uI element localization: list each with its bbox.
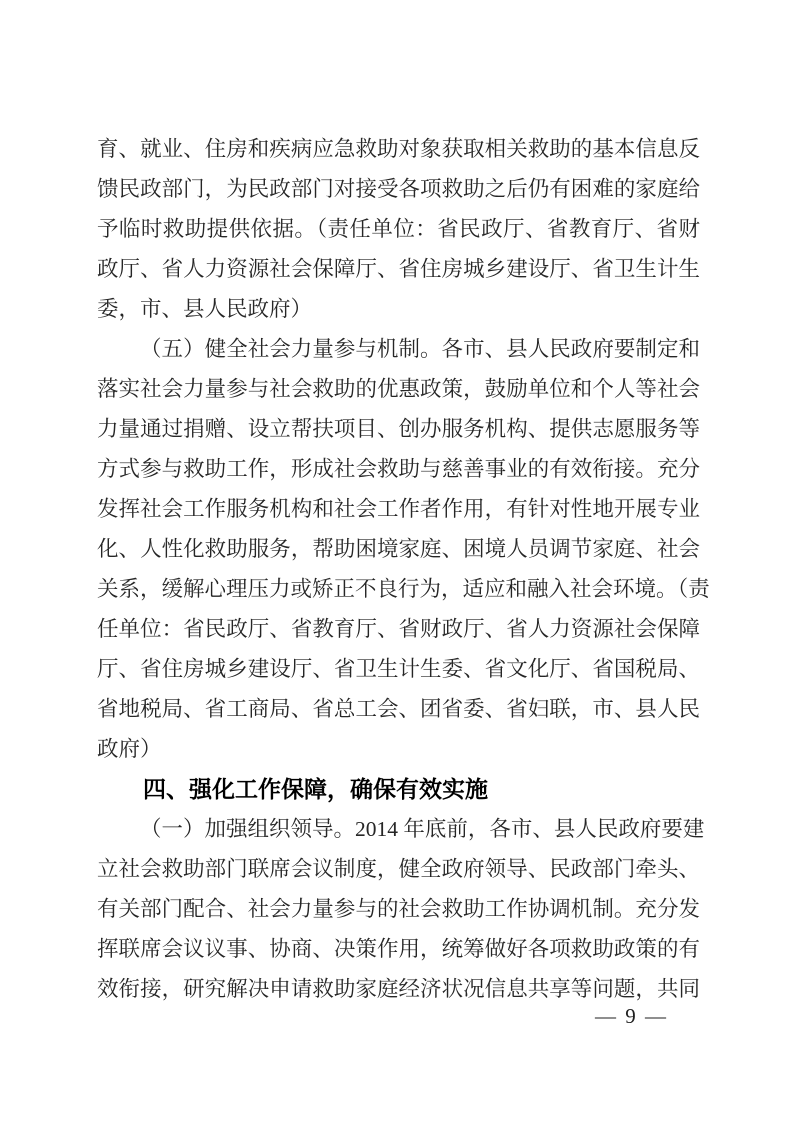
text-line: 挥联席会议议事、协商、决策作用，统筹做好各项救助政策的有 [97,929,700,969]
text-line: 有关部门配合、社会力量参与的社会救助工作协调机制。充分发 [97,889,700,929]
text-line: 厅、省住房城乡建设厅、省卫生计生委、省文化厅、省国税局、 [97,649,700,689]
text-line: 立社会救助部门联席会议制度，健全政府领导、民政部门牵头、 [97,849,700,889]
page-number: — 9 — [595,1001,668,1031]
text-line: 委，市、县人民政府） [97,289,700,329]
section-heading: 四、强化工作保障，确保有效实施 [97,769,700,809]
text-line: 方式参与救助工作，形成社会救助与慈善事业的有效衔接。充分 [97,449,700,489]
text-line: 政府） [97,729,700,769]
text-line: （一）加强组织领导。2014 年底前，各市、县人民政府要建 [97,809,700,849]
text-line: 关系，缓解心理压力或矫正不良行为，适应和融入社会环境。（责 [97,569,700,609]
text-line: 落实社会力量参与社会救助的优惠政策，鼓励单位和个人等社会 [97,369,700,409]
text-line: 予临时救助提供依据。（责任单位：省民政厅、省教育厅、省财 [97,209,700,249]
text-line: 政厅、省人力资源社会保障厅、省住房城乡建设厅、省卫生计生 [97,249,700,289]
text-line: （五）健全社会力量参与机制。各市、县人民政府要制定和 [97,329,700,369]
text-line: 发挥社会工作服务机构和社会工作者作用，有针对性地开展专业 [97,489,700,529]
text-line: 省地税局、省工商局、省总工会、团省委、省妇联，市、县人民 [97,689,700,729]
text-line: 力量通过捐赠、设立帮扶项目、创办服务机构、提供志愿服务等 [97,409,700,449]
document-body: 育、就业、住房和疾病应急救助对象获取相关救助的基本信息反 馈民政部门，为民政部门… [97,129,700,1009]
text-line: 化、人性化救助服务，帮助困境家庭、困境人员调节家庭、社会 [97,529,700,569]
text-line: 育、就业、住房和疾病应急救助对象获取相关救助的基本信息反 [97,129,700,169]
text-line: 任单位：省民政厅、省教育厅、省财政厅、省人力资源社会保障 [97,609,700,649]
text-line: 馈民政部门，为民政部门对接受各项救助之后仍有困难的家庭给 [97,169,700,209]
document-page: 育、就业、住房和疾病应急救助对象获取相关救助的基本信息反 馈民政部门，为民政部门… [0,0,793,1122]
